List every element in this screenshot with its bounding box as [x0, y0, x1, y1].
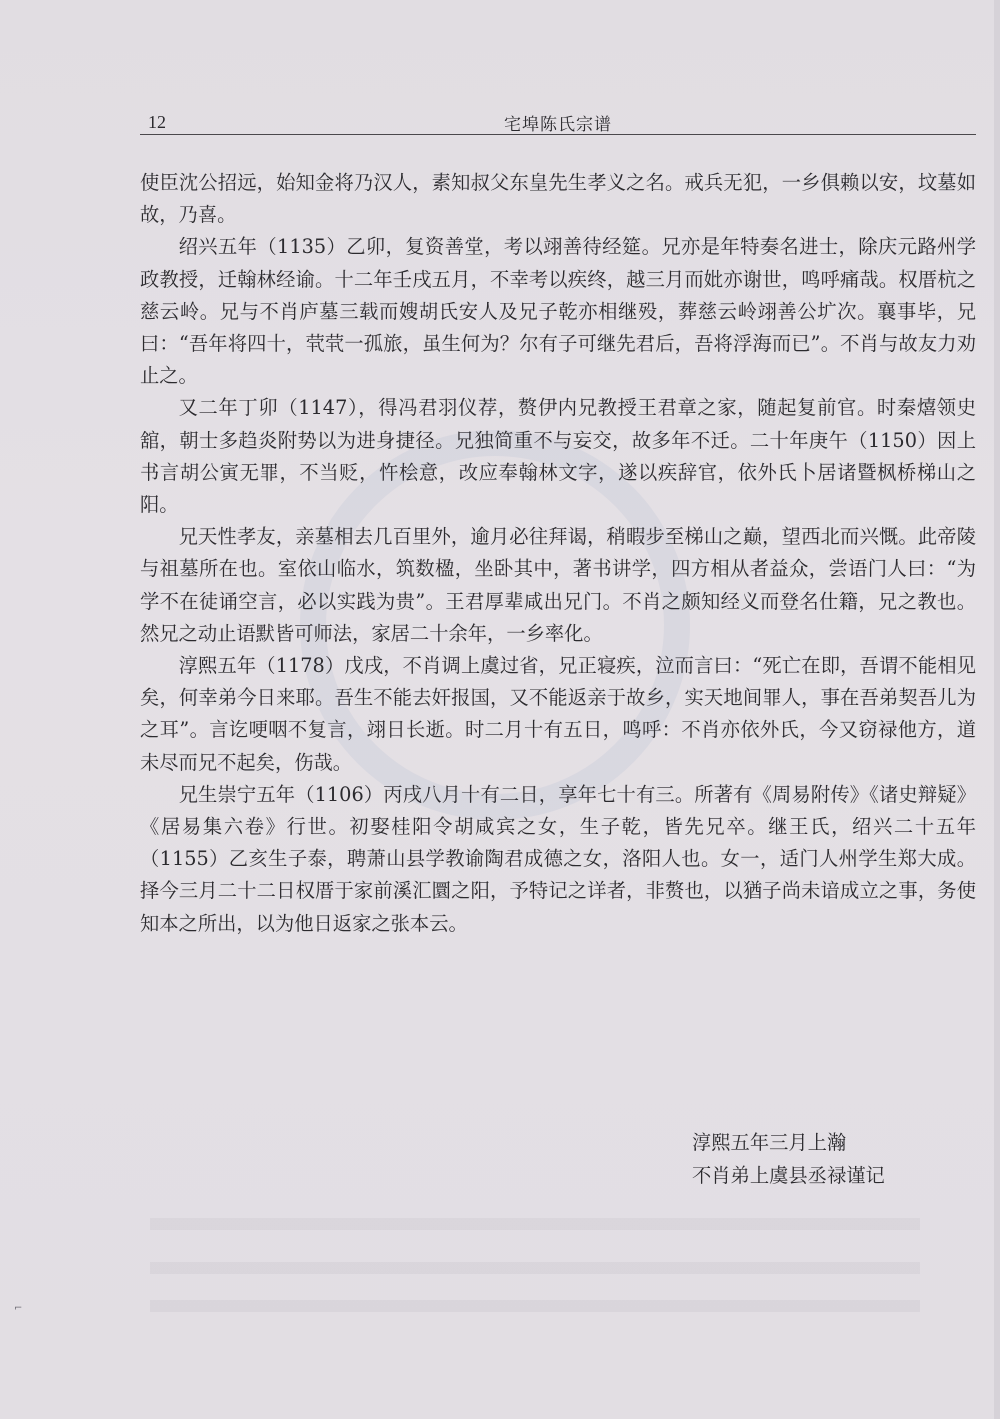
paragraph-chunxi-5: 淳熙五年（1178）戊戌，不肖调上虞过省，兄正寝疾，泣而言曰：“死亡在即，吾谓不… [140, 650, 976, 779]
paragraph-shaoxing-5: 绍兴五年（1135）乙卯，复资善堂，考以翊善待经筵。兄亦是年特奏名进士，除庆元路… [140, 231, 976, 392]
signature-block: 淳熙五年三月上瀚 不肖弟上虞县丞禄谨记 [692, 1126, 885, 1192]
paragraph-continuation: 使臣沈公招远，始知金将乃汉人，素知叔父东皇先生孝义之名。戒兵无犯，一乡俱赖以安，… [140, 167, 976, 231]
signature-author: 不肖弟上虞县丞禄谨记 [692, 1159, 885, 1192]
scanned-page: 12 宅埠陈氏宗谱 使臣沈公招远，始知金将乃汉人，素知叔父东皇先生孝义之名。戒兵… [0, 0, 1000, 1419]
paragraph-birth-and-works: 兄生崇宁五年（1106）丙戌八月十有二日，享年七十有三。所著有《周易附传》《诸史… [140, 779, 976, 940]
paragraph-dingmao: 又二年丁卯（1147），得冯君羽仪荐，赘伊内兄教授王君章之家，随起复前官。时秦熺… [140, 392, 976, 521]
signature-date: 淳熙五年三月上瀚 [692, 1126, 885, 1159]
page-header: 12 宅埠陈氏宗谱 [140, 108, 976, 135]
body-text: 使臣沈公招远，始知金将乃汉人，素知叔父东皇先生孝义之名。戒兵无犯，一乡俱赖以安，… [140, 167, 976, 940]
running-title: 宅埠陈氏宗谱 [140, 110, 976, 135]
bleed-through-line [150, 1218, 920, 1230]
bleed-through-line [150, 1300, 920, 1312]
scan-speck: ⌐ [14, 1303, 22, 1314]
page-edge-shadow [994, 0, 1000, 1419]
paragraph-filial-piety: 兄天性孝友，亲墓相去几百里外，逾月必往拜谒，稍暇步至梯山之巅，望西北而兴慨。此帝… [140, 521, 976, 650]
bleed-through-line [150, 1262, 920, 1274]
